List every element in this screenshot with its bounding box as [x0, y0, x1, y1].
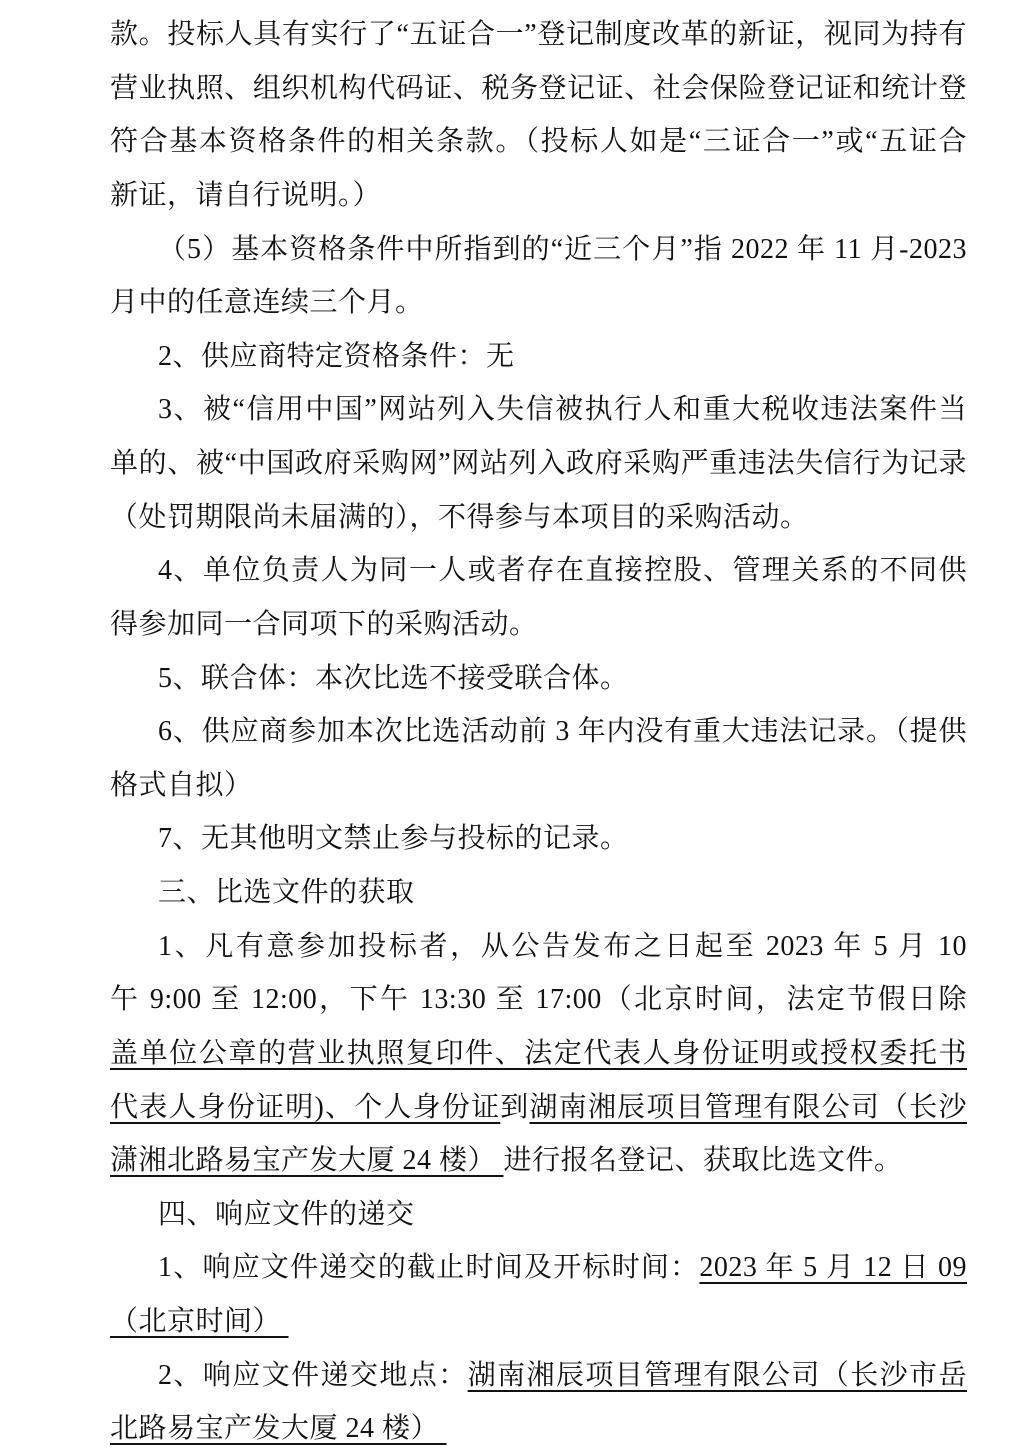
text-line-10: （处罚期限尚未届满的），不得参与本项目的采购活动。	[110, 491, 967, 545]
text-segment: 3、被“信用中国”网站列入失信被执行人和重大税收违法案件当事人名	[158, 394, 967, 437]
text-segment: 午 9:00 至 12:00，下午 13:30 至 17:00（北京时间，法定节…	[110, 984, 967, 1027]
text-segment: 6、供应商参加本次比选活动前 3 年内没有重大违法记录。（提供承诺函，	[158, 716, 967, 759]
text-line-21: 代表人身份证明)、个人身份证到湖南湘辰项目管理有限公司（长沙市岳麓区	[110, 1081, 967, 1135]
document-text-body: 款。投标人具有实行了“五证合一”登记制度改革的新证，视同为持有工商营业执照、组织…	[110, 8, 967, 1448]
text-segment: 5、联合体：本次比选不接受联合体。	[158, 663, 629, 694]
underlined-text-segment: 北路易宝产发大厦 24 楼）	[110, 1413, 447, 1444]
text-segment: 三、比选文件的获取	[158, 877, 415, 908]
text-line-23: 四、响应文件的递交	[110, 1188, 967, 1242]
text-line-9: 单的、被“中国政府采购网”网站列入政府采购严重违法失信行为记录名单	[110, 437, 967, 491]
text-line-18: 1、凡有意参加投标者，从公告发布之日起至 2023 年 5 月 10 日，每天上	[110, 920, 967, 974]
text-line-3: 符合基本资格条件的相关条款。（投标人如是“三证合一”或“五证合一”	[110, 115, 967, 169]
text-segment: 营业执照、组织机构代码证、税务登记证、社会保险登记证和统计登记证，	[110, 73, 967, 116]
text-segment: 款。投标人具有实行了“五证合一”登记制度改革的新证，视同为持有工商	[110, 19, 967, 62]
text-line-11: 4、单位负责人为同一人或者存在直接控股、管理关系的不同供应商，不	[110, 544, 967, 598]
text-segment: 格式自拟）	[110, 770, 253, 801]
underlined-text-segment: 潇湘北路易宝产发大厦 24 楼）	[110, 1145, 504, 1176]
text-line-26: 2、响应文件递交地点：湖南湘辰项目管理有限公司（长沙市岳麓区潇湘	[110, 1349, 967, 1403]
text-line-19: 午 9:00 至 12:00，下午 13:30 至 17:00（北京时间，法定节…	[110, 973, 967, 1027]
text-segment: （5）基本资格条件中所指到的“近三个月”指 2022 年 11 月-2023 年…	[158, 234, 967, 277]
text-line-2: 营业执照、组织机构代码证、税务登记证、社会保险登记证和统计登记证，	[110, 62, 967, 116]
text-segment: 到	[500, 1092, 529, 1123]
text-segment: 符合基本资格条件的相关条款。（投标人如是“三证合一”或“五证合一”	[110, 126, 967, 169]
text-line-17: 三、比选文件的获取	[110, 866, 967, 920]
text-line-1: 款。投标人具有实行了“五证合一”登记制度改革的新证，视同为持有工商	[110, 8, 967, 62]
text-segment: 得参加同一合同项下的采购活动。	[110, 609, 538, 640]
text-line-24: 1、响应文件递交的截止时间及开标时间：2023 年 5 月 12 日 09 时 …	[110, 1241, 967, 1295]
text-line-5: （5）基本资格条件中所指到的“近三个月”指 2022 年 11 月-2023 年…	[110, 223, 967, 277]
document-page: 款。投标人具有实行了“五证合一”登记制度改革的新证，视同为持有工商营业执照、组织…	[0, 0, 1024, 1448]
text-line-20: 盖单位公章的营业执照复印件、法定代表人身份证明或授权委托书(并附法定	[110, 1027, 967, 1081]
underlined-text-segment: （北京时间）	[110, 1306, 289, 1337]
text-segment: 1、响应文件递交的截止时间及开标时间：	[158, 1252, 699, 1283]
text-segment: 四、响应文件的递交	[158, 1199, 415, 1230]
text-segment: 新证，请自行说明。）	[110, 180, 381, 211]
text-line-4: 新证，请自行说明。）	[110, 169, 967, 223]
text-segment: （处罚期限尚未届满的），不得参与本项目的采购活动。	[110, 502, 809, 533]
text-segment: 月中的任意连续三个月。	[110, 287, 424, 318]
text-line-7: 2、供应商特定资格条件：无	[110, 330, 967, 384]
text-line-14: 6、供应商参加本次比选活动前 3 年内没有重大违法记录。（提供承诺函，	[110, 705, 967, 759]
text-line-16: 7、无其他明文禁止参与投标的记录。	[110, 812, 967, 866]
text-segment: 1、凡有意参加投标者，从公告发布之日起至 2023 年 5 月 10 日，每天上	[158, 931, 967, 974]
text-segment: 2、响应文件递交地点：	[158, 1360, 468, 1391]
text-line-27: 北路易宝产发大厦 24 楼）	[110, 1402, 967, 1448]
text-line-22: 潇湘北路易宝产发大厦 24 楼） 进行报名登记、获取比选文件。	[110, 1134, 967, 1188]
text-segment: 进行报名登记、获取比选文件。	[504, 1145, 903, 1176]
text-line-15: 格式自拟）	[110, 759, 967, 813]
text-line-25: （北京时间）	[110, 1295, 967, 1349]
text-line-13: 5、联合体：本次比选不接受联合体。	[110, 652, 967, 706]
text-line-6: 月中的任意连续三个月。	[110, 276, 967, 330]
text-segment: 7、无其他明文禁止参与投标的记录。	[158, 823, 629, 854]
text-segment: 单的、被“中国政府采购网”网站列入政府采购严重违法失信行为记录名单	[110, 448, 967, 491]
underlined-text-segment: 盖单位公章的营业执照复印件、法定代表人身份证明或授权委托书(并附法定	[110, 1038, 967, 1081]
text-line-8: 3、被“信用中国”网站列入失信被执行人和重大税收违法案件当事人名	[110, 383, 967, 437]
text-segment: 4、单位负责人为同一人或者存在直接控股、管理关系的不同供应商，不	[158, 555, 967, 598]
underlined-text-segment: 代表人身份证明)、个人身份证	[110, 1092, 500, 1123]
text-segment: 2、供应商特定资格条件：无	[158, 341, 515, 372]
text-line-12: 得参加同一合同项下的采购活动。	[110, 598, 967, 652]
